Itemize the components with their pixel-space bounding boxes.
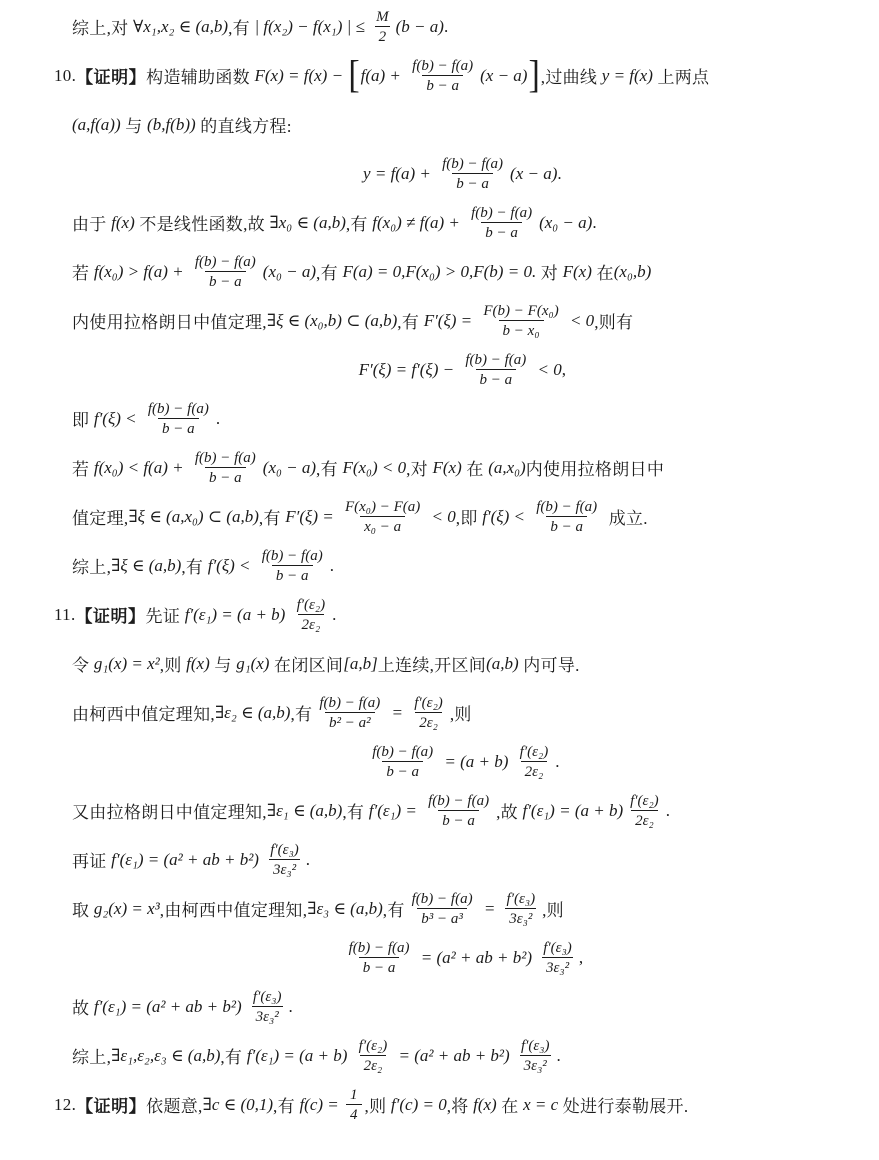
text-run: ,有	[383, 896, 405, 921]
math-run: F(x)	[563, 262, 592, 282]
text-run: 若	[72, 455, 94, 480]
math-run: f′(c) = 0	[391, 1095, 447, 1115]
text-line: 再证 f′(ε₁) = (a² + ab + b²) f′(ε₃)3ε₃².	[52, 839, 853, 880]
fraction: f(b) − f(a)b − a	[345, 939, 414, 977]
fraction-numerator: M	[372, 8, 393, 27]
math-run: | f(x₂) − f(x₁) | ≤	[254, 17, 369, 37]
text-run: ,将	[447, 1092, 473, 1117]
text-run: ,即	[456, 504, 482, 529]
math-run: f′(ξ) <	[482, 507, 529, 527]
math-run: f′(ε₁) =	[369, 801, 421, 821]
math-run: y = f(a) +	[363, 164, 435, 184]
text-line: 取 g₂(x) = x³,由柯西中值定理知,∃ε₃ ∈ (a,b),有f(b) …	[52, 888, 853, 929]
text-run: .	[557, 1046, 562, 1066]
math-run: ∃ε₃ ∈ (a,b)	[307, 899, 383, 919]
math-run: < 0	[566, 311, 594, 331]
fraction-numerator: f(b) − f(a)	[424, 792, 493, 811]
math-run: (x₀ − a)	[263, 262, 316, 282]
math-run: f′(ξ) <	[94, 409, 141, 429]
text-run: 综上,对	[72, 14, 133, 39]
fraction: f′(ε₃)3ε₃²	[517, 1037, 554, 1075]
math-run: ∃ε₁,ε₂,ε₃ ∈ (a,b)	[111, 1046, 220, 1066]
math-run: (x − a)	[480, 66, 527, 86]
math-run: f′(ε₁) = (a² + ab + b²)	[94, 997, 246, 1017]
text-run: 10.	[54, 66, 76, 86]
fraction-numerator: f′(ε₃)	[517, 1037, 554, 1056]
text-run: 依题意,	[146, 1092, 202, 1117]
text-run: ,有	[220, 1043, 246, 1068]
text-run: ,则	[450, 700, 472, 725]
proof-label: 【证明】	[76, 1092, 146, 1117]
math-run: f′(ε₁) = (a + b)	[185, 605, 290, 625]
fraction-denominator: b − x₀	[499, 320, 544, 340]
text-run: 对	[536, 259, 562, 284]
text-line: 若 f(x₀) > f(a) + f(b) − f(a)b − a(x₀ − a…	[52, 251, 853, 292]
math-run: F(a) = 0,F(x₀) > 0,F(b) = 0.	[342, 262, 536, 282]
math-run: =	[480, 899, 500, 919]
fraction-numerator: f(b) − f(a)	[144, 400, 213, 419]
fraction-denominator: b − a	[272, 565, 313, 585]
math-run: ∃x₀ ∈ (a,b)	[270, 213, 346, 233]
math-run: f(x₀) ≠ f(a) +	[372, 213, 464, 233]
fraction-numerator: f′(ε₂)	[516, 743, 553, 762]
text-run: 令	[72, 651, 94, 676]
math-run: (a,x₀)	[488, 458, 526, 478]
fraction-numerator: f′(ε₂)	[410, 694, 447, 713]
text-run: .	[216, 409, 221, 429]
math-run: f(x)	[186, 654, 210, 674]
text-run: 与	[121, 112, 147, 137]
text-run: 在	[497, 1092, 523, 1117]
text-run: 综上,	[72, 553, 111, 578]
fraction: f(b) − f(a)b − a	[258, 547, 327, 585]
fraction-numerator: F(b) − F(x₀)	[479, 302, 562, 321]
fraction-denominator: 4	[346, 1104, 362, 1124]
math-run: x = c	[523, 1095, 558, 1115]
fraction-numerator: f′(ε₂)	[355, 1037, 392, 1056]
fraction-numerator: f(b) − f(a)	[368, 743, 437, 762]
fraction: f(b) − f(a)b − a	[438, 155, 507, 193]
text-run: .	[289, 997, 294, 1017]
fraction: f(b) − f(a)b³ − a³	[408, 890, 477, 928]
text-run: 若	[72, 259, 94, 284]
text-run: 取	[72, 896, 94, 921]
text-run: ,	[579, 948, 584, 968]
text-run: 内使用拉格朗日中值定理,	[72, 308, 267, 333]
math-run: (b,f(b))	[147, 115, 196, 135]
text-run: 上两点	[653, 63, 709, 88]
math-run: =	[387, 703, 407, 723]
text-run: ,有	[346, 210, 372, 235]
fraction-denominator: b − a	[476, 369, 517, 389]
math-run: f′(ε₁) = (a + b)	[522, 801, 623, 821]
math-run: F(x)	[433, 458, 462, 478]
document-page: 综上,对 ∀x₁,x₂ ∈ (a,b),有 | f(x₂) − f(x₁) | …	[0, 0, 879, 1125]
math-run: f(x₀) < f(a) +	[94, 458, 188, 478]
fraction: f(b) − f(a)b − a	[467, 204, 536, 242]
fraction-denominator: b − a	[546, 516, 587, 536]
fraction-denominator: b − a	[205, 271, 246, 291]
text-run: 不是线性函数,故	[135, 210, 270, 235]
math-run: (a,f(a))	[72, 115, 121, 135]
fraction-numerator: f(b) − f(a)	[461, 351, 530, 370]
math-run: g₂(x) = x³	[94, 899, 160, 919]
fraction: f′(ε₃)3ε₃²	[249, 988, 286, 1026]
display-equation: f(b) − f(a)b − a = (a + b) f′(ε₂)2ε₂.	[52, 741, 853, 782]
text-run: 12.	[54, 1095, 76, 1115]
math-run: ∃ξ ∈ (x₀,b) ⊂ (a,b)	[267, 311, 397, 331]
fraction: F(x₀) − F(a)x₀ − a	[341, 498, 424, 536]
text-line: 即 f′(ξ) < f(b) − f(a)b − a.	[52, 398, 853, 439]
display-equation: y = f(a) + f(b) − f(a)b − a(x − a).	[52, 153, 853, 194]
fraction-numerator: f(b) − f(a)	[258, 547, 327, 566]
math-run: (a,b)	[486, 654, 519, 674]
fraction-numerator: f(b) − f(a)	[438, 155, 507, 174]
fraction: f(b) − f(a)b − a	[368, 743, 437, 781]
fraction-denominator: 2ε₂	[415, 712, 442, 732]
math-run: y = f(x)	[602, 66, 653, 86]
math-run: (x − a)	[510, 164, 557, 184]
text-run: 在闭区间	[269, 651, 343, 676]
text-line: 综上,对 ∀x₁,x₂ ∈ (a,b),有 | f(x₂) − f(x₁) | …	[52, 6, 853, 47]
text-run: .	[330, 556, 335, 576]
text-line: 令 g₁(x) = x²,则 f(x) 与 g₁(x) 在闭区间[a,b]上连续…	[52, 643, 853, 684]
text-line: 综上,∃ε₁,ε₂,ε₃ ∈ (a,b),有 f′(ε₁) = (a + b) …	[52, 1035, 853, 1076]
fraction: f′(ε₃)3ε₃²	[503, 890, 540, 928]
text-run: ,有	[228, 14, 254, 39]
text-run: .	[557, 164, 562, 184]
text-run: 即	[72, 406, 94, 431]
math-run: ∃ε₁ ∈ (a,b)	[267, 801, 343, 821]
text-line: 值定理,∃ξ ∈ (a,x₀) ⊂ (a,b),有 F′(ξ) = F(x₀) …	[52, 496, 853, 537]
fraction-denominator: 3ε₃²	[520, 1055, 551, 1075]
fraction-denominator: b − a	[359, 957, 400, 977]
math-run: f′(ε₁) = (a² + ab + b²)	[111, 850, 263, 870]
text-run: ,有	[316, 455, 342, 480]
text-line: 故 f′(ε₁) = (a² + ab + b²) f′(ε₃)3ε₃².	[52, 986, 853, 1027]
fraction: f′(ε₂)2ε₂	[293, 596, 330, 634]
math-run: F′(ξ) =	[424, 311, 477, 331]
math-run: ∃ξ ∈ (a,b)	[111, 556, 181, 576]
math-run: F′(ξ) = f′(ξ) −	[359, 360, 459, 380]
fraction-numerator: f(b) − f(a)	[345, 939, 414, 958]
fraction-numerator: f′(ε₃)	[266, 841, 303, 860]
fraction-numerator: f′(ε₃)	[249, 988, 286, 1007]
text-run: .	[555, 752, 560, 772]
text-run: .	[332, 605, 337, 625]
fraction-denominator: 2ε₂	[631, 810, 658, 830]
text-run: 与	[210, 651, 236, 676]
fraction: f(b) − f(a)b − a	[191, 253, 260, 291]
proof-label: 【证明】	[76, 63, 146, 88]
fraction-denominator: b³ − a³	[417, 908, 467, 928]
text-run: ,有	[259, 504, 285, 529]
text-run: 构造辅助函数	[146, 63, 254, 88]
math-run: (x₀ − a)	[263, 458, 316, 478]
text-run: ,有	[397, 308, 423, 333]
text-run: ,对	[406, 455, 432, 480]
text-run: ,过曲线	[541, 63, 602, 88]
fraction: f′(ε₂)2ε₂	[626, 792, 663, 830]
fraction: f′(ε₃)3ε₃²	[266, 841, 303, 879]
fraction-numerator: f(b) − f(a)	[408, 57, 477, 76]
text-run: ,则有	[594, 308, 633, 333]
math-run: ∃ξ ∈ (a,x₀) ⊂ (a,b)	[128, 507, 258, 527]
fraction-numerator: f(b) − f(a)	[532, 498, 601, 517]
math-run: < 0	[427, 507, 455, 527]
fraction: f(b) − f(a)b − a	[532, 498, 601, 536]
text-run: ,有	[273, 1092, 299, 1117]
fraction-numerator: f(b) − f(a)	[408, 890, 477, 909]
math-run: f(x)	[111, 213, 135, 233]
proof-item-line: 10.【证明】构造辅助函数 F(x) = f(x) − [f(a) + f(b)…	[52, 55, 853, 96]
text-run: ,	[562, 360, 567, 380]
text-run: .	[592, 213, 597, 233]
text-run: 成立.	[604, 504, 648, 529]
text-run: ,有	[342, 798, 368, 823]
math-run: f(a) +	[361, 66, 406, 86]
fraction-numerator: f′(ε₃)	[503, 890, 540, 909]
math-run: g₁(x) = x²	[94, 654, 160, 674]
text-line: 由柯西中值定理知,∃ε₂ ∈ (a,b),有f(b) − f(a)b² − a²…	[52, 692, 853, 733]
fraction-denominator: x₀ − a	[360, 516, 405, 536]
fraction-denominator: 3ε₃²	[542, 957, 573, 977]
text-line: 综上,∃ξ ∈ (a,b),有 f′(ξ) < f(b) − f(a)b − a…	[52, 545, 853, 586]
text-run: .	[306, 850, 311, 870]
fraction-denominator: b − a	[481, 222, 522, 242]
text-run: 处进行泰勒展开.	[558, 1092, 688, 1117]
text-run: 先证	[146, 602, 185, 627]
text-run: 再证	[72, 847, 111, 872]
math-run: ∃ε₂ ∈ (a,b)	[215, 703, 291, 723]
fraction-denominator: b² − a²	[325, 712, 375, 732]
fraction-denominator: 3ε₃²	[269, 859, 300, 879]
text-run: 的直线方程:	[196, 112, 292, 137]
text-run: 在	[592, 259, 614, 284]
math-run: [a,b]	[343, 654, 377, 674]
proof-label: 【证明】	[76, 602, 146, 627]
fraction: f(b) − f(a)b − a	[461, 351, 530, 389]
fraction-numerator: f′(ε₂)	[293, 596, 330, 615]
text-run: 值定理,	[72, 504, 128, 529]
fraction: f(b) − f(a)b − a	[424, 792, 493, 830]
fraction-numerator: F(x₀) − F(a)	[341, 498, 424, 517]
text-run: 由于	[72, 210, 111, 235]
text-run: 在	[462, 455, 488, 480]
fraction-denominator: b − a	[438, 810, 479, 830]
math-run: g₁(x)	[236, 654, 269, 674]
text-run: ,有	[290, 700, 312, 725]
fraction: M2	[372, 8, 393, 46]
fraction-numerator: 1	[346, 1086, 362, 1105]
text-line: 内使用拉格朗日中值定理,∃ξ ∈ (x₀,b) ⊂ (a,b),有 F′(ξ) …	[52, 300, 853, 341]
fraction-denominator: b − a	[452, 173, 493, 193]
fraction-denominator: 3ε₃²	[505, 908, 536, 928]
fraction: f(b) − f(a)b − a	[408, 57, 477, 95]
text-line: 由于 f(x) 不是线性函数,故 ∃x₀ ∈ (a,b),有 f(x₀) ≠ f…	[52, 202, 853, 243]
text-run: ,则	[542, 896, 564, 921]
text-run: ,由柯西中值定理知,	[160, 896, 308, 921]
text-run: ,有	[316, 259, 342, 284]
fraction-denominator: 2ε₂	[521, 761, 548, 781]
text-line: 若 f(x₀) < f(a) + f(b) − f(a)b − a(x₀ − a…	[52, 447, 853, 488]
fraction-denominator: b − a	[422, 75, 463, 95]
display-equation: f(b) − f(a)b − a = (a² + ab + b²) f′(ε₃)…	[52, 937, 853, 978]
fraction: f′(ε₂)2ε₂	[516, 743, 553, 781]
text-run: 内可导.	[519, 651, 580, 676]
text-run: 上连续,开区间	[378, 651, 486, 676]
fraction-denominator: b − a	[382, 761, 423, 781]
fraction: 14	[346, 1086, 362, 1124]
fraction-numerator: f(b) − f(a)	[315, 694, 384, 713]
fraction-denominator: b − a	[158, 418, 199, 438]
math-run: f(x)	[473, 1095, 497, 1115]
math-run: = (a² + ab + b²)	[394, 1046, 514, 1066]
math-run: = (a + b)	[440, 752, 513, 772]
fraction-numerator: f′(ε₃)	[539, 939, 576, 958]
fraction-numerator: f(b) − f(a)	[467, 204, 536, 223]
text-run: 又由拉格朗日中值定理知,	[72, 798, 267, 823]
fraction-numerator: f(b) − f(a)	[191, 449, 260, 468]
text-run: ,故	[496, 798, 522, 823]
proof-item-line: 12.【证明】依题意,∃c ∈ (0,1),有 f(c) = 14,则 f′(c…	[52, 1084, 853, 1125]
math-run: ∀x₁,x₂ ∈ (a,b)	[133, 17, 228, 37]
fraction: f(b) − f(a)b − a	[191, 449, 260, 487]
math-run: F(x₀) < 0	[342, 458, 406, 478]
math-run: (x₀,b)	[614, 262, 652, 282]
math-run: (b − a)	[396, 17, 444, 37]
math-run: < 0	[533, 360, 561, 380]
text-run: 故	[72, 994, 94, 1019]
fraction: f′(ε₃)3ε₃²	[539, 939, 576, 977]
fraction-denominator: 2	[375, 26, 391, 46]
math-run: f′(ξ) <	[208, 556, 255, 576]
fraction: F(b) − F(x₀)b − x₀	[479, 302, 562, 340]
fraction: f(b) − f(a)b − a	[144, 400, 213, 438]
text-run: .	[444, 17, 449, 37]
math-run: = (a² + ab + b²)	[417, 948, 537, 968]
fraction-denominator: b − a	[205, 467, 246, 487]
fraction: f(b) − f(a)b² − a²	[315, 694, 384, 732]
fraction-numerator: f(b) − f(a)	[191, 253, 260, 272]
text-run: ,则	[160, 651, 186, 676]
text-run: 内使用拉格朗日中	[526, 455, 664, 480]
display-equation: F′(ξ) = f′(ξ) − f(b) − f(a)b − a < 0,	[52, 349, 853, 390]
proof-item-line: 11.【证明】先证 f′(ε₁) = (a + b) f′(ε₂)2ε₂.	[52, 594, 853, 635]
fraction-denominator: 2ε₂	[360, 1055, 387, 1075]
text-run: ,有	[181, 553, 207, 578]
text-line: (a,f(a)) 与 (b,f(b)) 的直线方程:	[52, 104, 853, 145]
text-run: 综上,	[72, 1043, 111, 1068]
math-run: F(x) = f(x) −	[255, 66, 348, 86]
math-run: f(c) =	[299, 1095, 343, 1115]
math-run: (x₀ − a)	[539, 213, 592, 233]
text-run: 由柯西中值定理知,	[72, 700, 215, 725]
fraction-numerator: f′(ε₂)	[626, 792, 663, 811]
math-run: F′(ξ) =	[285, 507, 338, 527]
math-run: f′(ε₁) = (a + b)	[247, 1046, 352, 1066]
fraction-denominator: 3ε₃²	[252, 1006, 283, 1026]
text-run: 11.	[54, 605, 76, 625]
fraction: f′(ε₂)2ε₂	[410, 694, 447, 732]
text-run: ,则	[365, 1092, 391, 1117]
text-run: .	[666, 801, 671, 821]
text-line: 又由拉格朗日中值定理知,∃ε₁ ∈ (a,b),有 f′(ε₁) = f(b) …	[52, 790, 853, 831]
math-run: ∃c ∈ (0,1)	[203, 1095, 273, 1115]
fraction-denominator: 2ε₂	[298, 614, 325, 634]
math-run: f(x₀) > f(a) +	[94, 262, 188, 282]
fraction: f′(ε₂)2ε₂	[355, 1037, 392, 1075]
